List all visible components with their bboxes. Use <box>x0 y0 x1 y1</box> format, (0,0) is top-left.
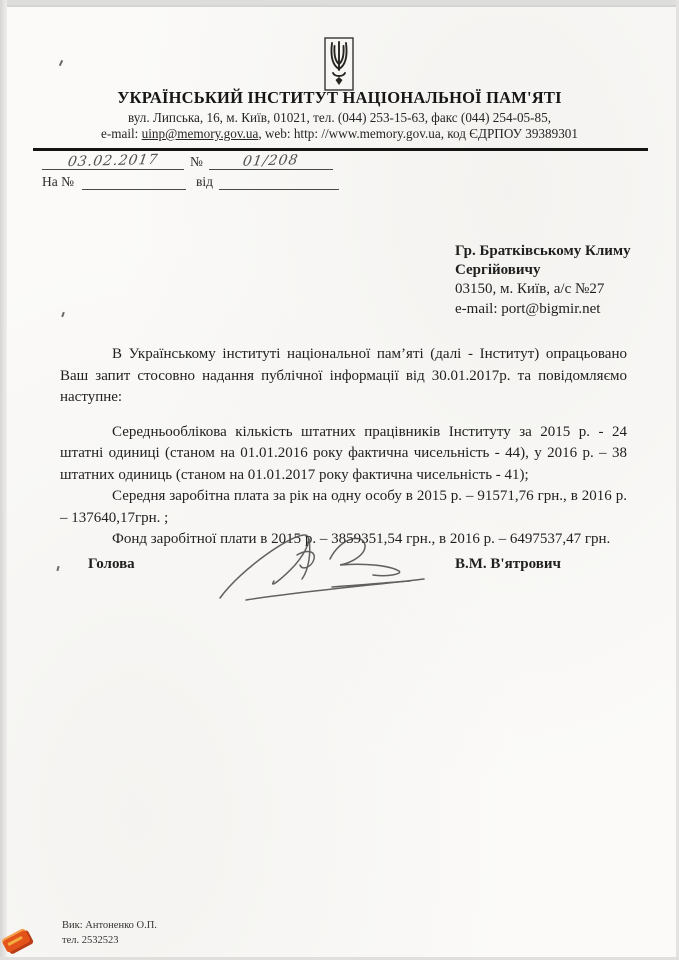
scan-edge-top-line <box>0 5 679 7</box>
reference-row-reply: На № від <box>42 172 339 190</box>
signer-name: В.М. В'ятрович <box>455 556 561 573</box>
na-underline <box>82 189 186 190</box>
na-label: На № <box>42 174 74 190</box>
executor-block: Вик: Антоненко О.П. тел. 2532523 <box>62 919 157 948</box>
reference-row-date: 03.02.2017 № 01/208 <box>42 152 333 170</box>
scan-edge-left <box>0 0 7 960</box>
pen-speck <box>59 60 63 66</box>
org-web-line: , web: http: //www.memory.gov.ua, код ЄД… <box>258 126 578 141</box>
paragraph-intro: В Українському інституті національної па… <box>60 344 627 409</box>
pen-speck <box>56 566 59 571</box>
signer-position: Голова <box>88 556 135 573</box>
vid-underline <box>219 189 339 190</box>
date-underline: 03.02.2017 <box>42 153 184 170</box>
recipient-name-line1: Гр. Братківському Климу <box>455 242 660 261</box>
vid-label: від <box>190 174 219 190</box>
paragraph-average-salary: Середня заробітна плата за рік на одну о… <box>60 486 627 529</box>
letter-body: В Українському інституті національної па… <box>60 344 627 551</box>
number-label: № <box>184 154 209 170</box>
handwritten-date: 03.02.2017 <box>67 152 160 170</box>
email-prefix: e-mail: <box>101 126 142 141</box>
recipient-email: e-mail: port@bigmir.net <box>455 300 660 319</box>
paragraph-staff-count: Середньооблікова кількість штатних праці… <box>60 422 627 487</box>
executor-name: Вик: Антоненко О.П. <box>62 919 157 934</box>
scanned-letter-page: УКРАЇНСЬКИЙ ІНСТИТУТ НАЦІОНАЛЬНОЇ ПАМ'ЯТ… <box>0 0 679 960</box>
pen-speck <box>61 312 65 317</box>
organization-title: УКРАЇНСЬКИЙ ІНСТИТУТ НАЦІОНАЛЬНОЇ ПАМ'ЯТ… <box>0 88 679 108</box>
recipient-name-line2: Сергійовичу <box>455 261 660 280</box>
executor-phone: тел. 2532523 <box>62 934 157 949</box>
org-address-line: вул. Липська, 16, м. Київ, 01021, тел. (… <box>0 110 679 126</box>
org-contact-line: e-mail: uinp@memory.gov.ua, web: http: /… <box>0 126 679 142</box>
number-underline: 01/208 <box>209 153 333 170</box>
handwritten-signature <box>212 524 437 617</box>
header-rule <box>33 148 648 151</box>
handwritten-number: 01/208 <box>242 152 300 169</box>
recipient-block: Гр. Братківському Климу Сергійовичу 0315… <box>455 242 660 319</box>
org-email: uinp@memory.gov.ua <box>142 126 259 141</box>
recipient-address: 03150, м. Київ, а/с №27 <box>455 280 660 299</box>
tryzub-emblem-icon <box>324 37 354 91</box>
